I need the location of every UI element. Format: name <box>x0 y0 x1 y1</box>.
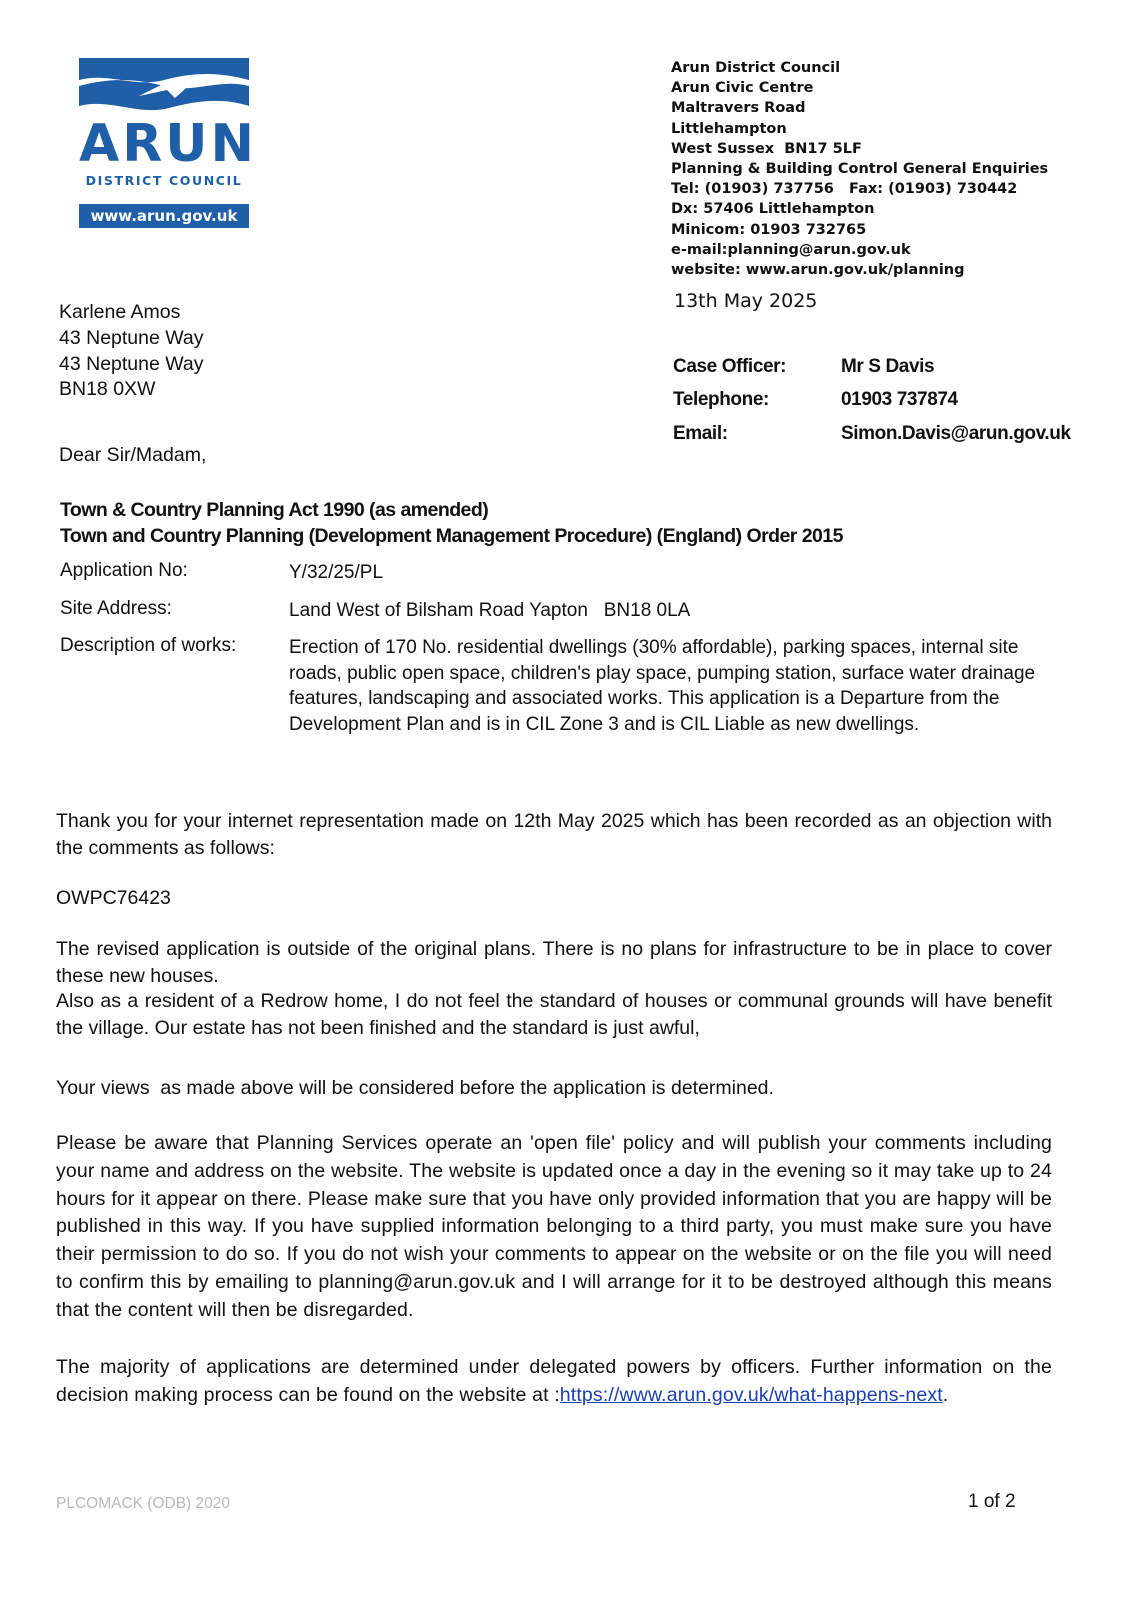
council-address-line: Minicom: 01903 732765 <box>671 220 1048 240</box>
site-address-value: Land West of Bilsham Road Yapton BN18 0L… <box>289 598 1059 624</box>
case-officer-label: Case Officer: <box>673 356 841 378</box>
description-value: Erection of 170 No. residential dwelling… <box>289 635 1059 737</box>
legislation-heading: Town & Country Planning Act 1990 (as ame… <box>60 497 843 549</box>
council-website-line: website: www.arun.gov.uk/planning <box>671 260 1048 280</box>
council-address-line: Planning & Building Control General Enqu… <box>671 159 1048 179</box>
council-address-line: Littlehampton <box>671 119 1048 139</box>
telephone-label: Telephone: <box>673 389 841 411</box>
site-address-label: Site Address: <box>60 598 289 624</box>
recipient-name: Karlene Amos <box>59 300 204 326</box>
salutation: Dear Sir/Madam, <box>59 444 206 467</box>
application-details: Application No: Y/32/25/PL Site Address:… <box>60 560 1059 749</box>
reference-number: OWPC76423 <box>56 885 1052 912</box>
open-file-paragraph: Please be aware that Planning Services o… <box>56 1130 1052 1325</box>
council-address-block: Arun District Council Arun Civic Centre … <box>671 58 1048 280</box>
act-line: Town & Country Planning Act 1990 (as ame… <box>60 497 843 523</box>
telephone-value: 01903 737874 <box>841 389 958 411</box>
application-no-value: Y/32/25/PL <box>289 560 1059 586</box>
footer-code: PLCOMACK (ODB) 2020 <box>56 1495 230 1513</box>
recipient-address: Karlene Amos 43 Neptune Way 43 Neptune W… <box>59 300 204 403</box>
page-number: 1 of 2 <box>968 1491 1016 1513</box>
letter-date: 13th May 2025 <box>674 290 817 312</box>
council-address-line: Maltravers Road <box>671 98 1048 118</box>
what-happens-next-link[interactable]: https://www.arun.gov.uk/what-happens-nex… <box>560 1384 943 1406</box>
views-paragraph: Your views as made above will be conside… <box>56 1075 1052 1102</box>
case-officer-block: Case Officer: Mr S Davis Telephone: 0190… <box>673 350 1071 451</box>
recipient-address-line: 43 Neptune Way <box>59 352 204 378</box>
comment-paragraph-2: Also as a resident of a Redrow home, I d… <box>56 988 1052 1041</box>
description-label: Description of works: <box>60 635 289 737</box>
intro-paragraph: Thank you for your internet representati… <box>56 808 1052 861</box>
application-no-label: Application No: <box>60 560 289 586</box>
council-address-line: Arun Civic Centre <box>671 78 1048 98</box>
email-value: Simon.Davis@arun.gov.uk <box>841 423 1071 445</box>
majority-paragraph: The majority of applications are determi… <box>56 1354 1052 1410</box>
logo-wordmark: ARUN <box>79 116 249 172</box>
council-address-line: Dx: 57406 Littlehampton <box>671 199 1048 219</box>
recipient-address-line: 43 Neptune Way <box>59 326 204 352</box>
arun-logo: ARUN DISTRICT COUNCIL www.arun.gov.uk <box>79 58 249 228</box>
case-officer-name: Mr S Davis <box>841 356 934 378</box>
logo-subtitle: DISTRICT COUNCIL <box>79 173 249 188</box>
email-label: Email: <box>673 423 841 445</box>
majority-end: . <box>943 1384 949 1406</box>
comment-paragraph-1: The revised application is outside of th… <box>56 936 1052 989</box>
council-address-line: West Sussex BN17 5LF <box>671 139 1048 159</box>
seagull-waves-icon <box>79 58 249 120</box>
council-phone-line: Tel: (01903) 737756 Fax: (01903) 730442 <box>671 179 1048 199</box>
act-line: Town and Country Planning (Development M… <box>60 523 843 549</box>
recipient-postcode: BN18 0XW <box>59 377 204 403</box>
council-email-line: e-mail:planning@arun.gov.uk <box>671 240 1048 260</box>
council-address-line: Arun District Council <box>671 58 1048 78</box>
logo-url: www.arun.gov.uk <box>79 204 249 228</box>
